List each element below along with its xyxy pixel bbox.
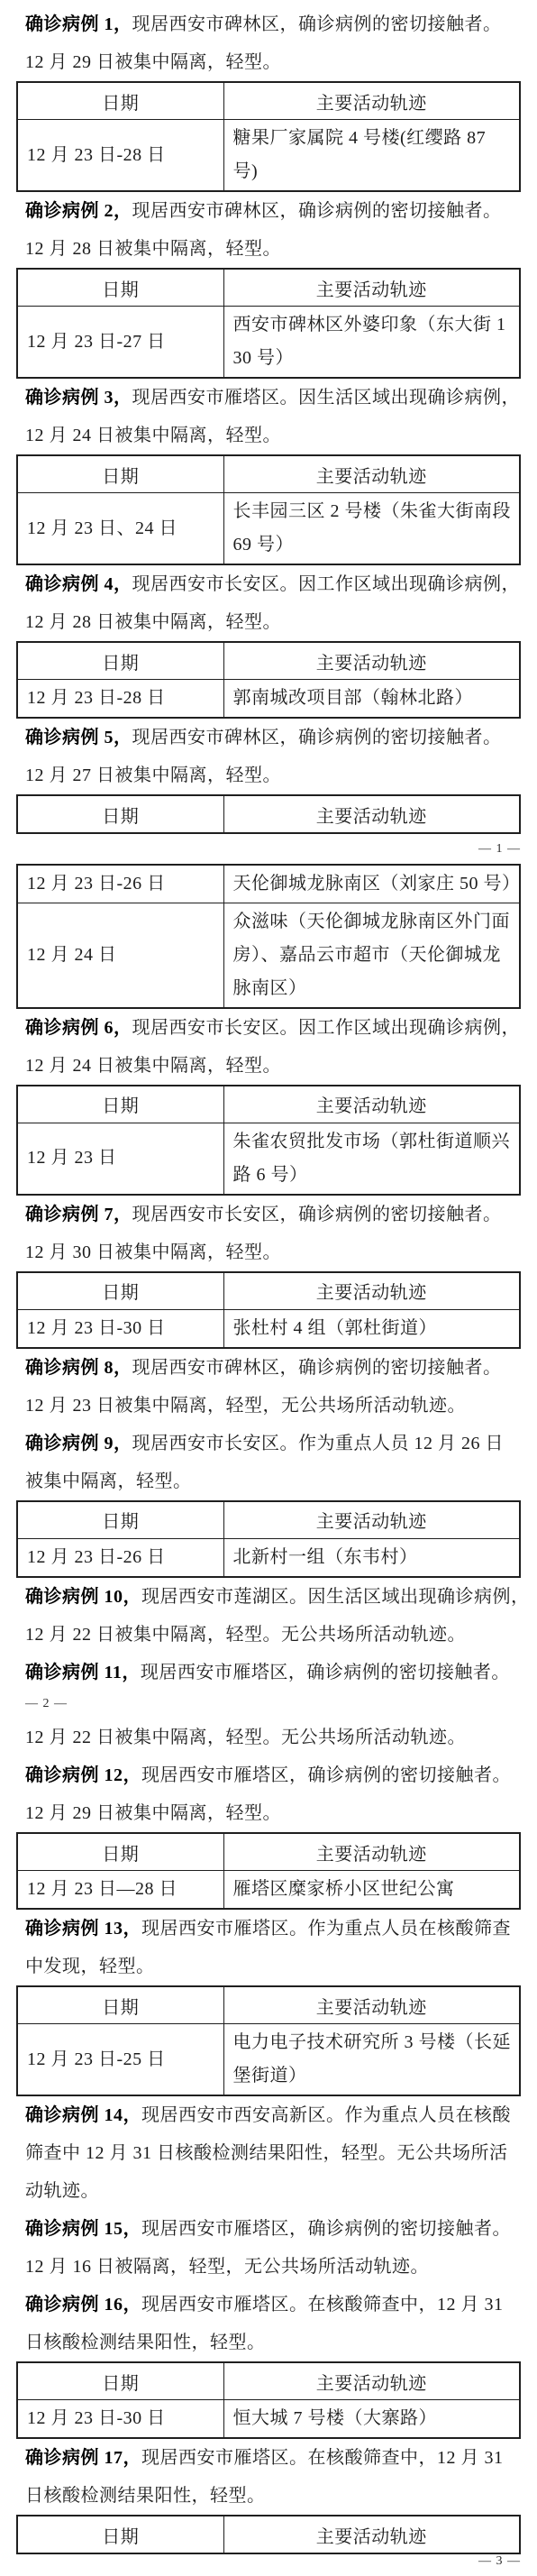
case-text: 现居西安市长安区。因工作区域出现确诊病例，	[132, 574, 521, 594]
case-text: 12 月 23 日被集中隔离，轻型，无公共场所活动轨迹。	[25, 1396, 466, 1416]
case-paragraph-line: 12 月 24 日被集中隔离，轻型。	[25, 417, 512, 454]
case-text: 中发现，轻型。	[25, 1957, 155, 1976]
date-column-header: 日期	[17, 795, 223, 833]
table-header-row: 日期主要活动轨迹	[17, 1501, 520, 1539]
case-paragraph-line: 确诊病例 2，现居西安市碑林区，确诊病例的密切接触者。	[25, 192, 512, 230]
case-text: 被集中隔离，轻型。	[25, 1471, 192, 1491]
case-label: 确诊病例 12，	[25, 1765, 141, 1785]
table-header-row: 日期主要活动轨迹	[17, 269, 520, 307]
date-cell: 12 月 24 日	[17, 903, 223, 1008]
date-column-header: 日期	[17, 82, 223, 120]
date-cell: 12 月 23 日-27 日	[17, 307, 223, 379]
table-row: 12 月 23 日-25 日电力电子技术研究所 3 号楼（长延堡街道）	[17, 2024, 520, 2096]
case-label: 确诊病例 3，	[25, 388, 132, 408]
case-paragraph-line: 确诊病例 5，现居西安市碑林区，确诊病例的密切接触者。	[25, 719, 512, 756]
case-paragraph-line: 确诊病例 14，现居西安市西安高新区。作为重点人员在核酸	[25, 2096, 512, 2134]
track-column-header: 主要活动轨迹	[223, 1086, 520, 1123]
case-text: 日核酸检测结果阳性，轻型。	[25, 2333, 266, 2352]
activity-table: 12 月 23 日-26 日天伦御城龙脉南区（刘家庄 50 号）12 月 24 …	[16, 864, 521, 1009]
case-paragraph-line: 确诊病例 8，现居西安市碑林区，确诊病例的密切接触者。	[25, 1349, 512, 1387]
track-cell: 糖果厂家属院 4 号楼(红缨路 87 号)	[223, 120, 520, 192]
table-row: 12 月 23 日—28 日雁塔区糜家桥小区世纪公寓	[17, 1871, 520, 1910]
case-text: 12 月 29 日被集中隔离，轻型。	[25, 1803, 281, 1823]
case-paragraph-line: 确诊病例 7，现居西安市长安区，确诊病例的密切接触者。	[25, 1196, 512, 1233]
case-label: 确诊病例 2，	[25, 201, 132, 221]
case-paragraph-line: 12 月 16 日被隔离，轻型，无公共场所活动轨迹。	[25, 2248, 512, 2286]
activity-table: 日期主要活动轨迹12 月 23 日、24 日长丰园三区 2 号楼（朱雀大街南段 …	[16, 454, 521, 565]
case-label: 确诊病例 11，	[25, 1663, 141, 1682]
table-header-row: 日期主要活动轨迹	[17, 642, 520, 680]
case-label: 确诊病例 15，	[25, 2219, 141, 2239]
case-text: 现居西安市长安区。因工作区域出现确诊病例，	[132, 1018, 521, 1038]
date-column-header: 日期	[17, 1986, 223, 2024]
table-row: 12 月 23 日-26 日北新村一组（东韦村）	[17, 1538, 520, 1577]
track-cell: 北新村一组（东韦村）	[223, 1538, 520, 1577]
date-column-header: 日期	[17, 455, 223, 493]
table-row: 12 月 23 日-28 日郭南城改项目部（翰林北路）	[17, 680, 520, 719]
case-paragraph-line: 确诊病例 16，现居西安市雁塔区。在核酸筛查中，12 月 31	[25, 2286, 512, 2324]
track-cell: 长丰园三区 2 号楼（朱雀大街南段 69 号）	[223, 493, 520, 565]
table-header-row: 日期主要活动轨迹	[17, 1272, 520, 1310]
activity-table: 日期主要活动轨迹12 月 23 日-30 日恒大城 7 号楼（大寨路）	[16, 2361, 521, 2439]
date-column-header: 日期	[17, 1833, 223, 1871]
case-text: 现居西安市碑林区，确诊病例的密切接触者。	[132, 728, 502, 747]
case-label: 确诊病例 7，	[25, 1205, 132, 1224]
case-paragraph-line: 12 月 29 日被集中隔离，轻型。	[25, 1794, 512, 1832]
track-cell: 雁塔区糜家桥小区世纪公寓	[223, 1871, 520, 1910]
case-label: 确诊病例 8，	[25, 1358, 132, 1378]
case-paragraph-line: 确诊病例 1，现居西安市碑林区，确诊病例的密切接触者。	[25, 5, 512, 43]
table-row: 12 月 24 日众滋味（天伦御城龙脉南区外门面房）、嘉品云市超市（天伦御城龙脉…	[17, 903, 520, 1008]
case-label: 确诊病例 5，	[25, 728, 132, 747]
date-cell: 12 月 23 日-30 日	[17, 1309, 223, 1348]
case-text: 12 月 24 日被集中隔离，轻型。	[25, 426, 281, 445]
case-label: 确诊病例 10，	[25, 1587, 141, 1607]
track-cell: 恒大城 7 号楼（大寨路）	[223, 2400, 520, 2439]
track-column-header: 主要活动轨迹	[223, 455, 520, 493]
activity-table: 日期主要活动轨迹	[16, 2515, 521, 2554]
table-header-row: 日期主要活动轨迹	[17, 2362, 520, 2400]
date-cell: 12 月 23 日-26 日	[17, 865, 223, 903]
date-cell: 12 月 23 日、24 日	[17, 493, 223, 565]
case-paragraph-line: 12 月 23 日被集中隔离，轻型，无公共场所活动轨迹。	[25, 1387, 512, 1425]
date-cell: 12 月 23 日-30 日	[17, 2400, 223, 2439]
activity-table: 日期主要活动轨迹12 月 23 日-25 日电力电子技术研究所 3 号楼（长延堡…	[16, 1985, 521, 2096]
page-number: — 1 —	[478, 842, 521, 857]
case-text: 12 月 28 日被集中隔离，轻型。	[25, 239, 281, 259]
case-paragraph-line: 12 月 29 日被集中隔离，轻型。	[25, 43, 512, 81]
case-paragraph-line: 确诊病例 13，现居西安市雁塔区。作为重点人员在核酸筛查	[25, 1910, 512, 1948]
date-column-header: 日期	[17, 2362, 223, 2400]
track-column-header: 主要活动轨迹	[223, 1272, 520, 1310]
track-column-header: 主要活动轨迹	[223, 1501, 520, 1539]
page-break: — 3 —	[0, 2554, 537, 2576]
date-cell: 12 月 23 日-25 日	[17, 2024, 223, 2096]
activity-table: 日期主要活动轨迹12 月 23 日-30 日张杜村 4 组（郭杜街道）	[16, 1271, 521, 1349]
case-report-document: 确诊病例 1，现居西安市碑林区，确诊病例的密切接触者。12 月 29 日被集中隔…	[0, 0, 537, 2576]
activity-table: 日期主要活动轨迹	[16, 794, 521, 834]
case-label: 确诊病例 13，	[25, 1919, 141, 1939]
activity-table: 日期主要活动轨迹12 月 23 日朱雀农贸批发市场（郭杜街道顺兴路 6 号）	[16, 1085, 521, 1196]
case-text: 现居西安市雁塔区，确诊病例的密切接触者。	[141, 1765, 511, 1785]
track-column-header: 主要活动轨迹	[223, 1986, 520, 2024]
track-column-header: 主要活动轨迹	[223, 642, 520, 680]
date-column-header: 日期	[17, 1501, 223, 1539]
case-paragraph-line: 确诊病例 3，现居西安市雁塔区。因生活区域出现确诊病例，	[25, 379, 512, 417]
table-row: 12 月 23 日-27 日西安市碑林区外婆印象（东大街 130 号）	[17, 307, 520, 379]
case-paragraph-line: 动轨迹。	[25, 2172, 512, 2210]
case-text: 现居西安市碑林区，确诊病例的密切接触者。	[132, 201, 502, 221]
page-number: — 3 —	[478, 2554, 521, 2569]
track-column-header: 主要活动轨迹	[223, 82, 520, 120]
date-column-header: 日期	[17, 2516, 223, 2553]
case-text: 动轨迹。	[25, 2181, 99, 2201]
activity-table: 日期主要活动轨迹12 月 23 日-28 日糖果厂家属院 4 号楼(红缨路 87…	[16, 81, 521, 192]
table-row: 12 月 23 日-28 日糖果厂家属院 4 号楼(红缨路 87 号)	[17, 120, 520, 192]
case-text: 现居西安市雁塔区。作为重点人员在核酸筛查	[141, 1919, 511, 1939]
case-text: 现居西安市雁塔区。在核酸筛查中，12 月 31	[141, 2295, 504, 2315]
table-header-row: 日期主要活动轨迹	[17, 1086, 520, 1123]
case-text: 现居西安市碑林区，确诊病例的密切接触者。	[132, 14, 502, 34]
track-cell: 张杜村 4 组（郭杜街道）	[223, 1309, 520, 1348]
date-column-header: 日期	[17, 269, 223, 307]
table-row: 12 月 23 日朱雀农贸批发市场（郭杜街道顺兴路 6 号）	[17, 1123, 520, 1195]
track-cell: 西安市碑林区外婆印象（东大街 130 号）	[223, 307, 520, 379]
track-cell: 天伦御城龙脉南区（刘家庄 50 号）	[223, 865, 520, 903]
case-label: 确诊病例 14，	[25, 2105, 141, 2125]
activity-table: 日期主要活动轨迹12 月 23 日-26 日北新村一组（东韦村）	[16, 1500, 521, 1578]
case-paragraph-line: 被集中隔离，轻型。	[25, 1462, 512, 1500]
case-text: 12 月 24 日被集中隔离，轻型。	[25, 1056, 281, 1076]
case-paragraph-line: 12 月 30 日被集中隔离，轻型。	[25, 1233, 512, 1271]
page-break: — 1 —	[0, 834, 537, 864]
case-paragraph-line: 确诊病例 12，现居西安市雁塔区，确诊病例的密切接触者。	[25, 1756, 512, 1794]
case-text: 现居西安市雁塔区，确诊病例的密切接触者。	[141, 2219, 511, 2239]
case-text: 现居西安市雁塔区，确诊病例的密切接触者。	[141, 1663, 510, 1682]
case-paragraph-line: 12 月 22 日被集中隔离，轻型。无公共场所活动轨迹。	[25, 1719, 512, 1756]
table-header-row: 日期主要活动轨迹	[17, 455, 520, 493]
case-text: 12 月 30 日被集中隔离，轻型。	[25, 1242, 281, 1262]
case-label: 确诊病例 6，	[25, 1018, 132, 1038]
page-number: — 2 —	[25, 1697, 68, 1711]
activity-table: 日期主要活动轨迹12 月 23 日—28 日雁塔区糜家桥小区世纪公寓	[16, 1832, 521, 1910]
date-cell: 12 月 23 日-28 日	[17, 680, 223, 719]
track-column-header: 主要活动轨迹	[223, 795, 520, 833]
case-text: 12 月 22 日被集中隔离，轻型。无公共场所活动轨迹。	[25, 1728, 466, 1747]
activity-table: 日期主要活动轨迹12 月 23 日-27 日西安市碑林区外婆印象（东大街 130…	[16, 268, 521, 379]
case-text: 日核酸检测结果阳性，轻型。	[25, 2486, 266, 2506]
date-column-header: 日期	[17, 1086, 223, 1123]
case-text: 现居西安市莲湖区。因生活区域出现确诊病例，	[141, 1587, 530, 1607]
case-text: 12 月 28 日被集中隔离，轻型。	[25, 612, 281, 632]
track-column-header: 主要活动轨迹	[223, 2516, 520, 2553]
date-column-header: 日期	[17, 1272, 223, 1310]
case-text: 现居西安市雁塔区。因生活区域出现确诊病例，	[132, 388, 521, 408]
table-header-row: 日期主要活动轨迹	[17, 82, 520, 120]
case-text: 12 月 16 日被隔离，轻型，无公共场所活动轨迹。	[25, 2257, 429, 2277]
date-column-header: 日期	[17, 642, 223, 680]
case-text: 现居西安市长安区，确诊病例的密切接触者。	[132, 1205, 502, 1224]
table-header-row: 日期主要活动轨迹	[17, 1833, 520, 1871]
track-cell: 众滋味（天伦御城龙脉南区外门面房）、嘉品云市超市（天伦御城龙脉南区）	[223, 903, 520, 1008]
track-cell: 郭南城改项目部（翰林北路）	[223, 680, 520, 719]
case-paragraph-line: 日核酸检测结果阳性，轻型。	[25, 2324, 512, 2361]
date-cell: 12 月 23 日-26 日	[17, 1538, 223, 1577]
case-paragraph-line: 12 月 22 日被集中隔离，轻型。无公共场所活动轨迹。	[25, 1616, 512, 1654]
case-label: 确诊病例 16，	[25, 2295, 141, 2315]
case-paragraph-line: 确诊病例 17，现居西安市雁塔区。在核酸筛查中，12 月 31	[25, 2439, 512, 2477]
table-row: 12 月 23 日-30 日张杜村 4 组（郭杜街道）	[17, 1309, 520, 1348]
case-label: 确诊病例 17，	[25, 2448, 141, 2468]
activity-table: 日期主要活动轨迹12 月 23 日-28 日郭南城改项目部（翰林北路）	[16, 641, 521, 719]
table-header-row: 日期主要活动轨迹	[17, 1986, 520, 2024]
case-paragraph-line: 日核酸检测结果阳性，轻型。	[25, 2477, 512, 2515]
case-text: 12 月 29 日被集中隔离，轻型。	[25, 52, 281, 72]
case-label: 确诊病例 4，	[25, 574, 132, 594]
table-header-row: 日期主要活动轨迹	[17, 795, 520, 833]
case-paragraph-line: 12 月 24 日被集中隔离，轻型。	[25, 1047, 512, 1085]
table-header-row: 日期主要活动轨迹	[17, 2516, 520, 2553]
date-cell: 12 月 23 日—28 日	[17, 1871, 223, 1910]
case-text: 现居西安市雁塔区。在核酸筛查中，12 月 31	[141, 2448, 504, 2468]
track-column-header: 主要活动轨迹	[223, 2362, 520, 2400]
case-paragraph-line: 确诊病例 15，现居西安市雁塔区，确诊病例的密切接触者。	[25, 2210, 512, 2248]
case-label: 确诊病例 9，	[25, 1434, 132, 1453]
case-label: 确诊病例 1，	[25, 14, 132, 34]
track-cell: 朱雀农贸批发市场（郭杜街道顺兴路 6 号）	[223, 1123, 520, 1195]
case-paragraph-line: 12 月 28 日被集中隔离，轻型。	[25, 603, 512, 641]
track-column-header: 主要活动轨迹	[223, 1833, 520, 1871]
page-break: — 2 —	[0, 1691, 537, 1719]
date-cell: 12 月 23 日-28 日	[17, 120, 223, 192]
date-cell: 12 月 23 日	[17, 1123, 223, 1195]
table-row: 12 月 23 日、24 日长丰园三区 2 号楼（朱雀大街南段 69 号）	[17, 493, 520, 565]
table-row: 12 月 23 日-26 日天伦御城龙脉南区（刘家庄 50 号）	[17, 865, 520, 903]
case-text: 筛查中 12 月 31 日核酸检测结果阳性，轻型。无公共场所活	[25, 2143, 508, 2163]
case-text: 现居西安市西安高新区。作为重点人员在核酸	[141, 2105, 511, 2125]
track-column-header: 主要活动轨迹	[223, 269, 520, 307]
case-paragraph-line: 中发现，轻型。	[25, 1948, 512, 1985]
case-text: 现居西安市长安区。作为重点人员 12 月 26 日	[132, 1434, 505, 1453]
case-paragraph-line: 确诊病例 4，现居西安市长安区。因工作区域出现确诊病例，	[25, 565, 512, 603]
case-text: 12 月 22 日被集中隔离，轻型。无公共场所活动轨迹。	[25, 1625, 466, 1645]
case-paragraph-line: 确诊病例 9，现居西安市长安区。作为重点人员 12 月 26 日	[25, 1425, 512, 1462]
case-paragraph-line: 确诊病例 6，现居西安市长安区。因工作区域出现确诊病例，	[25, 1009, 512, 1047]
table-row: 12 月 23 日-30 日恒大城 7 号楼（大寨路）	[17, 2400, 520, 2439]
case-text: 现居西安市碑林区，确诊病例的密切接触者。	[132, 1358, 502, 1378]
case-paragraph-line: 确诊病例 11，现居西安市雁塔区，确诊病例的密切接触者。	[25, 1654, 512, 1691]
case-text: 12 月 27 日被集中隔离，轻型。	[25, 765, 281, 785]
track-cell: 电力电子技术研究所 3 号楼（长延堡街道）	[223, 2024, 520, 2096]
case-paragraph-line: 12 月 27 日被集中隔离，轻型。	[25, 756, 512, 794]
case-paragraph-line: 12 月 28 日被集中隔离，轻型。	[25, 230, 512, 268]
case-paragraph-line: 确诊病例 10，现居西安市莲湖区。因生活区域出现确诊病例，	[25, 1578, 512, 1616]
case-paragraph-line: 筛查中 12 月 31 日核酸检测结果阳性，轻型。无公共场所活	[25, 2134, 512, 2172]
